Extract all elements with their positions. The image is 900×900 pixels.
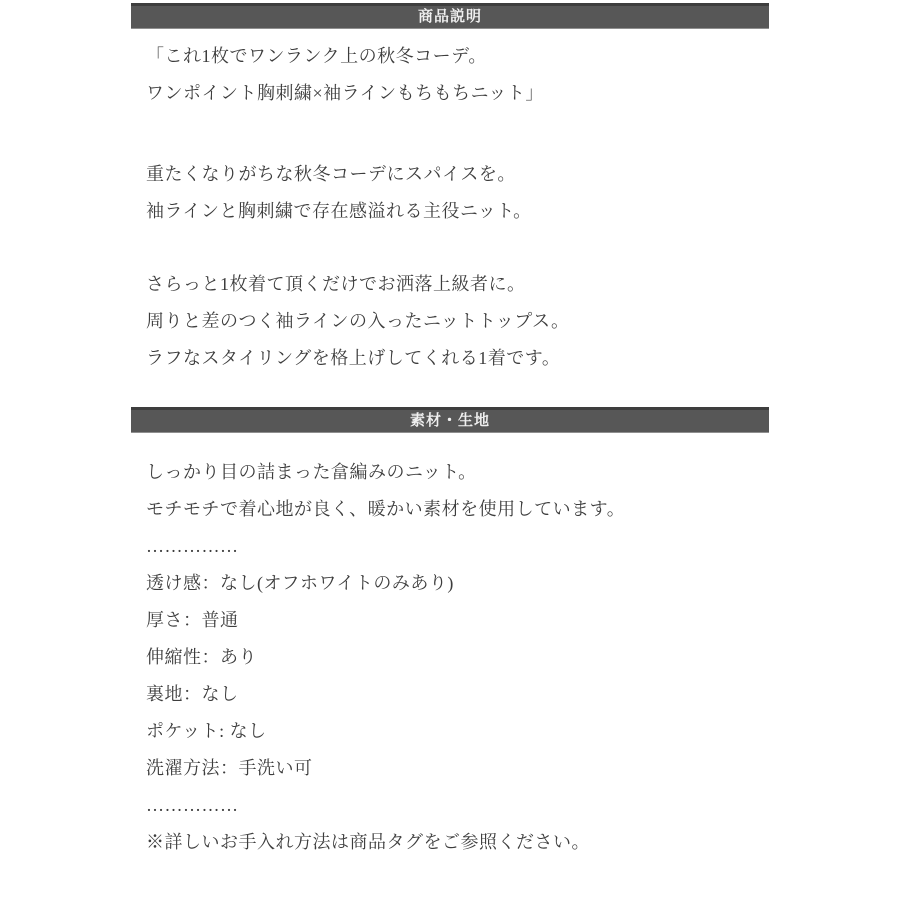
description-text: 「これ1枚でワンランク上の秋冬コーデ。 ワンポイント胸刺繍×袖ラインもちもちニッ… [131,38,769,377]
dotted-separator: …………… [146,787,769,824]
section-header-description: 商品説明 [131,3,769,29]
description-line: 袖ラインと胸刺繍で存在感溢れる主役ニット。 [146,193,769,230]
section-header-material: 素材・生地 [131,407,769,433]
description-line: ワンポイント胸刺繍×袖ラインもちもちニット」 [146,75,769,112]
material-line-lining: 裏地：なし [146,676,769,713]
description-paragraph-styling: さらっと1枚着て頂くだけでお洒落上級者に。 周りと差のつく袖ラインの入ったニット… [146,266,769,377]
description-line: 重たくなりがちな秋冬コーデにスパイスを。 [146,156,769,193]
material-line-pocket: ポケット: なし [146,713,769,750]
material-line-washing: 洗濯方法：手洗い可 [146,750,769,787]
description-line: さらっと1枚着て頂くだけでお洒落上級者に。 [146,266,769,303]
description-paragraph-feature: 重たくなりがちな秋冬コーデにスパイスを。 袖ラインと胸刺繍で存在感溢れる主役ニッ… [146,156,769,230]
material-line-care-note: ※詳しいお手入れ方法は商品タグをご参照ください。 [146,824,769,861]
material-line-feel: モチモチで着心地が良く、暖かい素材を使用しています。 [146,491,769,528]
material-text: しっかり目の詰まった畣編みのニット。 モチモチで着心地が良く、暖かい素材を使用し… [131,454,769,861]
material-line-stretch: 伸縮性：あり [146,639,769,676]
description-line: 周りと差のつく袖ラインの入ったニットトップス。 [146,303,769,340]
description-line: 「これ1枚でワンランク上の秋冬コーデ。 [146,38,769,75]
section-title-description: 商品説明 [418,8,482,25]
dotted-separator: …………… [146,528,769,565]
material-line-knit: しっかり目の詰まった畣編みのニット。 [146,454,769,491]
description-paragraph-catchcopy: 「これ1枚でワンランク上の秋冬コーデ。 ワンポイント胸刺繍×袖ラインもちもちニッ… [146,38,769,112]
section-title-material: 素材・生地 [410,412,490,429]
product-detail-panel: 商品説明 「これ1枚でワンランク上の秋冬コーデ。 ワンポイント胸刺繍×袖ラインも… [131,0,769,861]
material-line-sheerness: 透け感：なし(オフホワイトのみあり) [146,565,769,602]
material-line-thickness: 厚さ：普通 [146,602,769,639]
description-line: ラフなスタイリングを格上げしてくれる1着です。 [146,340,769,377]
